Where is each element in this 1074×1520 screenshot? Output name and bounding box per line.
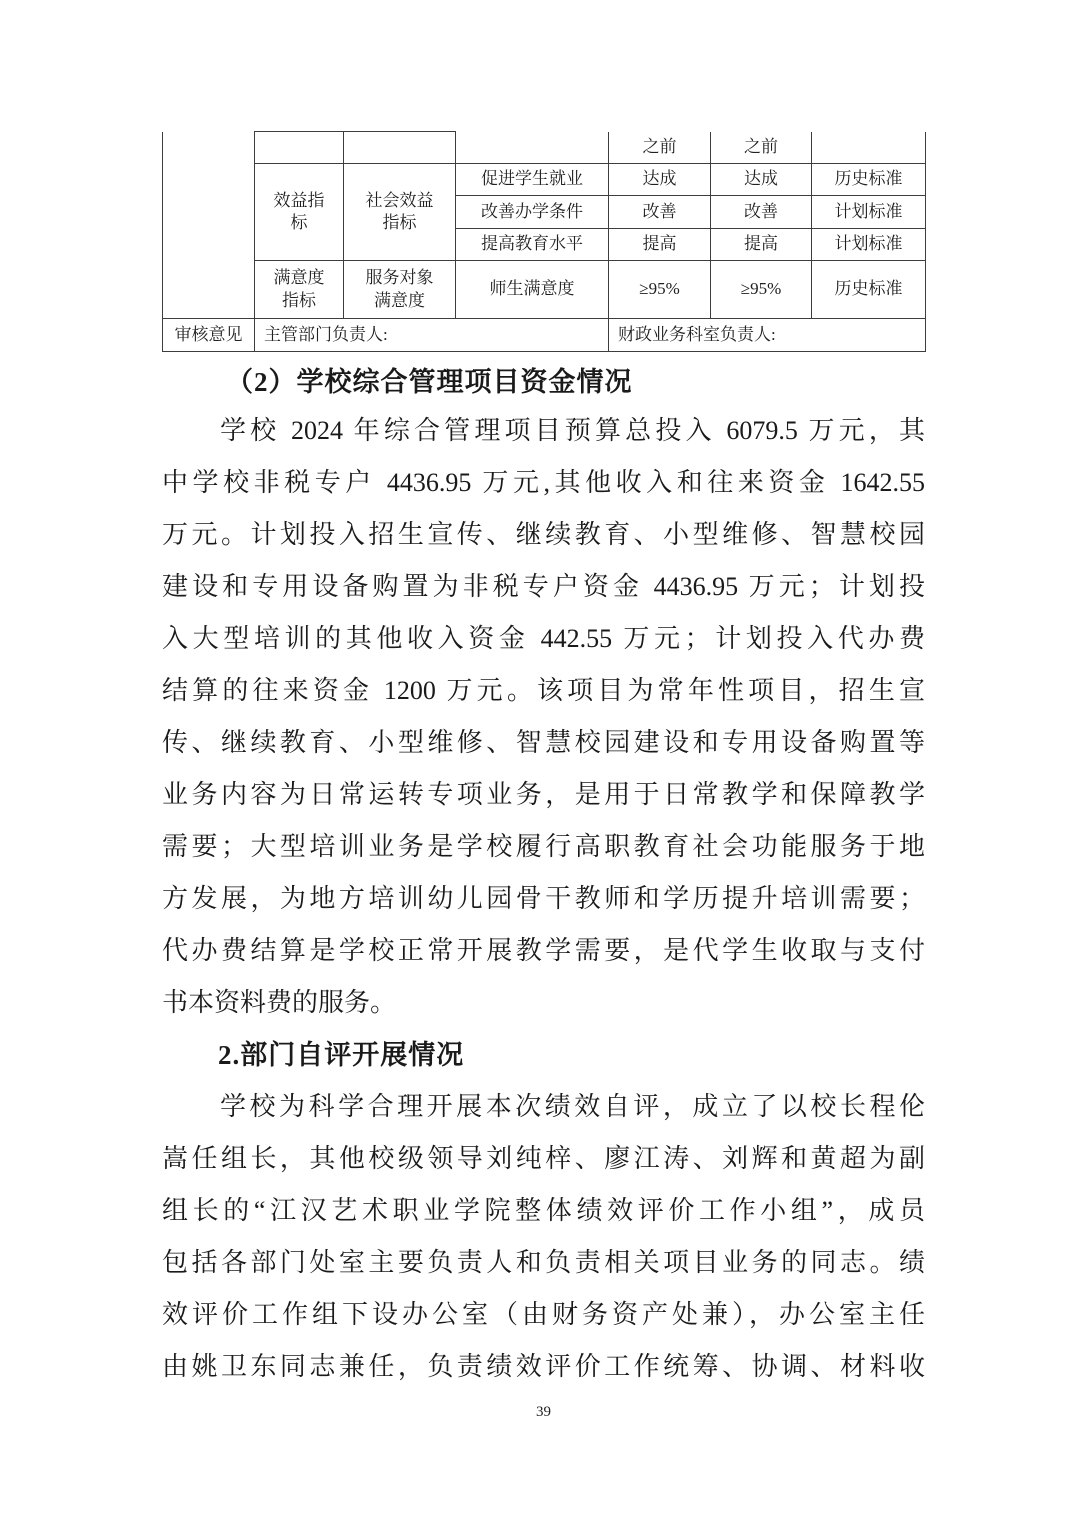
cell-value1: 提高 (609, 229, 711, 261)
paragraph-funds: 学校 2024 年综合管理项目预算总投入 6079.5 万元，其 中学校非税专户… (162, 405, 925, 1029)
text-line: 学校 2024 年综合管理项目预算总投入 6079.5 万元，其 (162, 405, 925, 457)
cell-social-benefit-group: 社会效益 指标 (344, 164, 456, 261)
cell-empty-standard-top (812, 132, 926, 164)
cell-standard: 计划标准 (812, 229, 926, 261)
cell-value1: 达成 (609, 164, 711, 196)
cell-indicator-name: 促进学生就业 (456, 164, 609, 196)
text-line: 入大型培训的其他收入资金 442.55 万元；计划投入代办费 (162, 613, 925, 665)
text-line: 由姚卫东同志兼任，负责绩效评价工作统筹、协调、材料收 (162, 1341, 925, 1393)
text-line: 书本资料费的服务。 (162, 977, 925, 1029)
cell-review-label: 审核意见 (163, 319, 255, 352)
cell-indicator-name: 师生满意度 (456, 261, 609, 319)
cell-value2: 改善 (711, 196, 812, 229)
cell-value2: ≥95% (711, 261, 812, 319)
section-heading-funds: （2）学校综合管理项目资金情况 (226, 353, 925, 405)
cell-benefit-group: 效益指 标 (255, 164, 344, 261)
text-line: 需要；大型培训业务是学校履行高职教育社会功能服务于地 (162, 821, 925, 873)
section-heading-self-evaluation: 2.部门自评开展情况 (218, 1029, 925, 1081)
text-line: 效评价工作组下设办公室（由财务资产处兼），办公室主任 (162, 1289, 925, 1341)
text-line: 业务内容为日常运转专项业务，是用于日常教学和保障教学 (162, 769, 925, 821)
cell-empty-social-top (344, 132, 456, 164)
text-line: 学校为科学合理开展本次绩效自评，成立了以校长程伦 (162, 1081, 925, 1133)
table-row-satisfaction: 满意度 指标 服务对象 满意度 师生满意度 ≥95% ≥95% 历史标准 (163, 261, 926, 319)
text-line: 包括各部门处室主要负责人和负责相关项目业务的同志。绩 (162, 1237, 925, 1289)
cell-finance-head-signature: 财政业务科室负责人: (609, 319, 926, 352)
table-row-continuation: 之前 之前 (163, 132, 926, 164)
cell-value2: 提高 (711, 229, 812, 261)
document-page: 之前 之前 效益指 标 社会效益 指标 促进学生就业 达成 达成 历史标准 改善… (0, 0, 1074, 1520)
body-content: （2）学校综合管理项目资金情况 学校 2024 年综合管理项目预算总投入 607… (162, 353, 925, 1423)
cell-standard: 历史标准 (812, 164, 926, 196)
text-line: 代办费结算是学校正常开展教学需要，是代学生收取与支付 (162, 925, 925, 977)
cell-value2: 达成 (711, 164, 812, 196)
text-line: 组长的“江汉艺术职业学院整体绩效评价工作小组”，成员 (162, 1185, 925, 1237)
cell-value1: 改善 (609, 196, 711, 229)
cell-indicator-name: 提高教育水平 (456, 229, 609, 261)
cell-service-target-group: 服务对象 满意度 (344, 261, 456, 319)
cell-continuation-value1: 之前 (609, 132, 711, 164)
cell-standard: 计划标准 (812, 196, 926, 229)
cell-empty-indicator-top (456, 132, 609, 164)
text-line: 方发展，为地方培训幼儿园骨干教师和学历提升培训需要； (162, 873, 925, 925)
text-line: 结算的往来资金 1200 万元。该项目为常年性项目，招生宣 (162, 665, 925, 717)
table-row-review: 审核意见 主管部门负责人: 财政业务科室负责人: (163, 319, 926, 352)
cell-indicator-name: 改善办学条件 (456, 196, 609, 229)
text-line: 建设和专用设备购置为非税专户资金 4436.95 万元；计划投 (162, 561, 925, 613)
text-line: 中学校非税专户 4436.95 万元,其他收入和往来资金 1642.55 (162, 457, 925, 509)
table-row-employment: 效益指 标 社会效益 指标 促进学生就业 达成 达成 历史标准 (163, 164, 926, 196)
text-line: 传、继续教育、小型维修、智慧校园建设和专用设备购置等 (162, 717, 925, 769)
cell-standard: 历史标准 (812, 261, 926, 319)
cell-continuation-value2: 之前 (711, 132, 812, 164)
page-number: 39 (162, 1401, 925, 1423)
text-line: 嵩任组长，其他校级领导刘纯梓、廖江涛、刘辉和黄超为副 (162, 1133, 925, 1185)
cell-category-merged (163, 132, 255, 319)
paragraph-self-evaluation: 学校为科学合理开展本次绩效自评，成立了以校长程伦 嵩任组长，其他校级领导刘纯梓、… (162, 1081, 925, 1393)
cell-empty-benefit-top (255, 132, 344, 164)
indicator-table: 之前 之前 效益指 标 社会效益 指标 促进学生就业 达成 达成 历史标准 改善… (162, 131, 926, 352)
cell-satisfaction-group: 满意度 指标 (255, 261, 344, 319)
text-line: 万元。计划投入招生宣传、继续教育、小型维修、智慧校园 (162, 509, 925, 561)
cell-dept-head-signature: 主管部门负责人: (255, 319, 609, 352)
cell-value1: ≥95% (609, 261, 711, 319)
